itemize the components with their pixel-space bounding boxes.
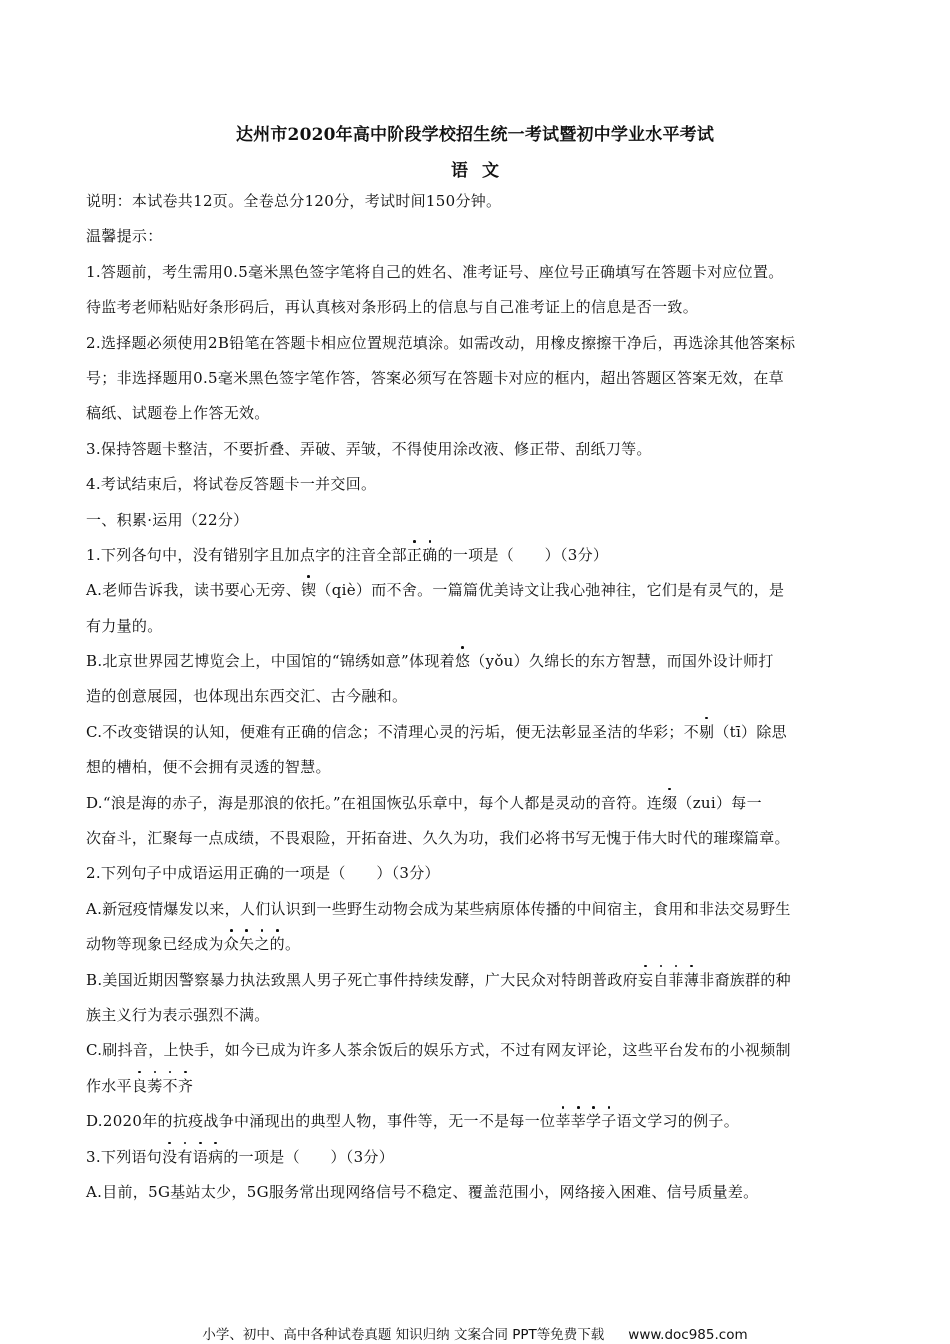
section-heading: 一、积累·运用（22分） bbox=[86, 509, 876, 544]
emphasis-dotted-text: 悠 bbox=[455, 652, 470, 670]
text: 。 bbox=[285, 935, 300, 953]
tip-line: 3.保持答题卡整洁，不要折叠、弄破、弄皱，不得使用涂改液、修正带、刮纸刀等。 bbox=[86, 438, 876, 473]
q2-option-a-cont: 动物等现象已经成为众矢之的。 bbox=[86, 933, 876, 968]
exam-title: 达州市2020年高中阶段学校招生统一考试暨初中学业水平考试 bbox=[0, 120, 950, 145]
text: C.不改变错误的认知，便难有正确的信念；不清理心灵的污垢，便无法彰显圣洁的华彩；… bbox=[86, 723, 699, 741]
text: 1.下列各句中，没有错别字且加点字的注音全部 bbox=[86, 546, 407, 564]
q1-option-b-cont: 造的创意展园，也体现出东西交汇、古今融和。 bbox=[86, 685, 876, 720]
footer-banner: 小学、初中、高中各种试卷真题 知识归纳 文案合同 PPT等免费下载www.doc… bbox=[0, 1323, 950, 1343]
tip-line: 4.考试结束后，将试卷反答题卡一并交回。 bbox=[86, 473, 876, 508]
text: 作水平 bbox=[86, 1077, 132, 1095]
tip-line: 2.选择题必须使用2B铅笔在答题卡相应位置规范填涂。如需改动，用橡皮擦擦干净后，… bbox=[86, 332, 876, 367]
tip-line: 稿纸、试题卷上作答无效。 bbox=[86, 402, 876, 437]
text: 的一项是（ ）（3分） bbox=[223, 1148, 394, 1166]
tip-line: 1.答题前，考生需用0.5毫米黑色签字笔将自己的姓名、准考证号、座位号正确填写在… bbox=[86, 261, 876, 296]
footer-text: 小学、初中、高中各种试卷真题 知识归纳 文案合同 PPT等免费下载 bbox=[202, 1327, 604, 1343]
exam-page: 达州市2020年高中阶段学校招生统一考试暨初中学业水平考试 语文 说明：本试卷共… bbox=[0, 0, 950, 1344]
q2-option-d: D.2020年的抗疫战争中涌现出的典型人物，事件等，无一不是每一位莘莘学子语文学… bbox=[86, 1110, 876, 1145]
emphasis-dotted-text: 正确 bbox=[407, 546, 438, 564]
text: 的一项是（ ）（3分） bbox=[438, 546, 609, 564]
text: 语文学习的例子。 bbox=[617, 1112, 739, 1130]
tip-line: 待监考老师粘贴好条形码后，再认真核对条形码上的信息与自己准考证上的信息是否一致。 bbox=[86, 296, 876, 331]
text: 3.下列语句 bbox=[86, 1148, 162, 1166]
q1-option-d-cont: 次奋斗，汇聚每一点成绩，不畏艰险，开拓奋进、久久为功，我们必将书写无愧于伟大时代… bbox=[86, 827, 876, 862]
instructions: 说明：本试卷共12页。全卷总分120分，考试时间150分钟。 bbox=[86, 190, 876, 225]
text: B.美国近期因警察暴力执法致黑人男子死亡事件持续发酵，广大民众对特朗普政府 bbox=[86, 971, 638, 989]
emphasis-dotted-text: 众矢之的 bbox=[224, 935, 285, 953]
q3-option-a: A.目前，5G基站太少，5G服务常出现网络信号不稳定、覆盖范围小，网络接入困难、… bbox=[86, 1181, 876, 1216]
q1-option-b: B.北京世界园艺博览会上，中国馆的“锦绣如意”体现着悠（yǒu）久绵长的东方智慧… bbox=[86, 650, 876, 685]
question-3-stem: 3.下列语句没有语病的一项是（ ）（3分） bbox=[86, 1146, 876, 1181]
subject-heading: 语文 bbox=[0, 156, 950, 181]
q2-option-b-cont: 族主义行为表示强烈不满。 bbox=[86, 1004, 876, 1039]
text: A.老师告诉我，读书要心无旁、 bbox=[86, 581, 301, 599]
text: 动物等现象已经成为 bbox=[86, 935, 224, 953]
text: （zui）每一 bbox=[677, 794, 761, 812]
q2-option-c: C.刷抖音，上快手，如今已成为许多人茶余饭后的娱乐方式，不过有网友评论，这些平台… bbox=[86, 1039, 876, 1074]
text: （qiè）而不舍。一篇篇优美诗文让我心弛神往，它们是有灵气的，是 bbox=[316, 581, 784, 599]
text: （tī）除思 bbox=[714, 723, 787, 741]
footer-url[interactable]: www.doc985.com bbox=[628, 1327, 747, 1343]
text: D.2020年的抗疫战争中涌现出的典型人物，事件等，无一不是每一位 bbox=[86, 1112, 555, 1130]
text: （yǒu）久绵长的东方智慧，而国外设计师打 bbox=[470, 652, 773, 670]
q1-option-d: D.“浪是海的赤子，海是那浪的依托。”在祖国恢弘乐章中，每个人都是灵动的音符。连… bbox=[86, 792, 876, 827]
emphasis-dotted-text: 妄自菲薄 bbox=[638, 971, 699, 989]
question-1-stem: 1.下列各句中，没有错别字且加点字的注音全部正确的一项是（ ）（3分） bbox=[86, 544, 876, 579]
emphasis-dotted-text: 莘莘学子 bbox=[555, 1112, 616, 1130]
q1-option-c: C.不改变错误的认知，便难有正确的信念；不清理心灵的污垢，便无法彰显圣洁的华彩；… bbox=[86, 721, 876, 756]
q2-option-a: A.新冠疫情爆发以来，人们认识到一些野生动物会成为某些病原体传播的中间宿主，食用… bbox=[86, 898, 876, 933]
exam-body: 说明：本试卷共12页。全卷总分120分，考试时间150分钟。 温馨提示： 1.答… bbox=[86, 190, 876, 1216]
tips-heading: 温馨提示： bbox=[86, 225, 876, 260]
tip-line: 号；非选择题用0.5毫米黑色签字笔作答，答案必须写在答题卡对应的框内，超出答题区… bbox=[86, 367, 876, 402]
emphasis-dotted-text: 锲 bbox=[301, 581, 316, 599]
emphasis-dotted-text: 缀 bbox=[662, 794, 677, 812]
text: D.“浪是海的赤子，海是那浪的依托。”在祖国恢弘乐章中，每个人都是灵动的音符。连 bbox=[86, 794, 662, 812]
q1-option-a-cont: 有力量的。 bbox=[86, 615, 876, 650]
emphasis-dotted-text: 良莠不齐 bbox=[132, 1077, 193, 1095]
q1-option-a: A.老师告诉我，读书要心无旁、锲（qiè）而不舍。一篇篇优美诗文让我心弛神往，它… bbox=[86, 579, 876, 614]
q2-option-b: B.美国近期因警察暴力执法致黑人男子死亡事件持续发酵，广大民众对特朗普政府妄自菲… bbox=[86, 969, 876, 1004]
text: 非裔族群的种 bbox=[699, 971, 791, 989]
q1-option-c-cont: 想的槽柏，便不会拥有灵透的智慧。 bbox=[86, 756, 876, 791]
q2-option-c-cont: 作水平良莠不齐 bbox=[86, 1075, 876, 1110]
emphasis-dotted-text: 剔 bbox=[699, 723, 714, 741]
text: B.北京世界园艺博览会上，中国馆的“锦绣如意”体现着 bbox=[86, 652, 455, 670]
question-2-stem: 2.下列句子中成语运用正确的一项是（ ）（3分） bbox=[86, 862, 876, 897]
emphasis-dotted-text: 没有语病 bbox=[162, 1148, 223, 1166]
